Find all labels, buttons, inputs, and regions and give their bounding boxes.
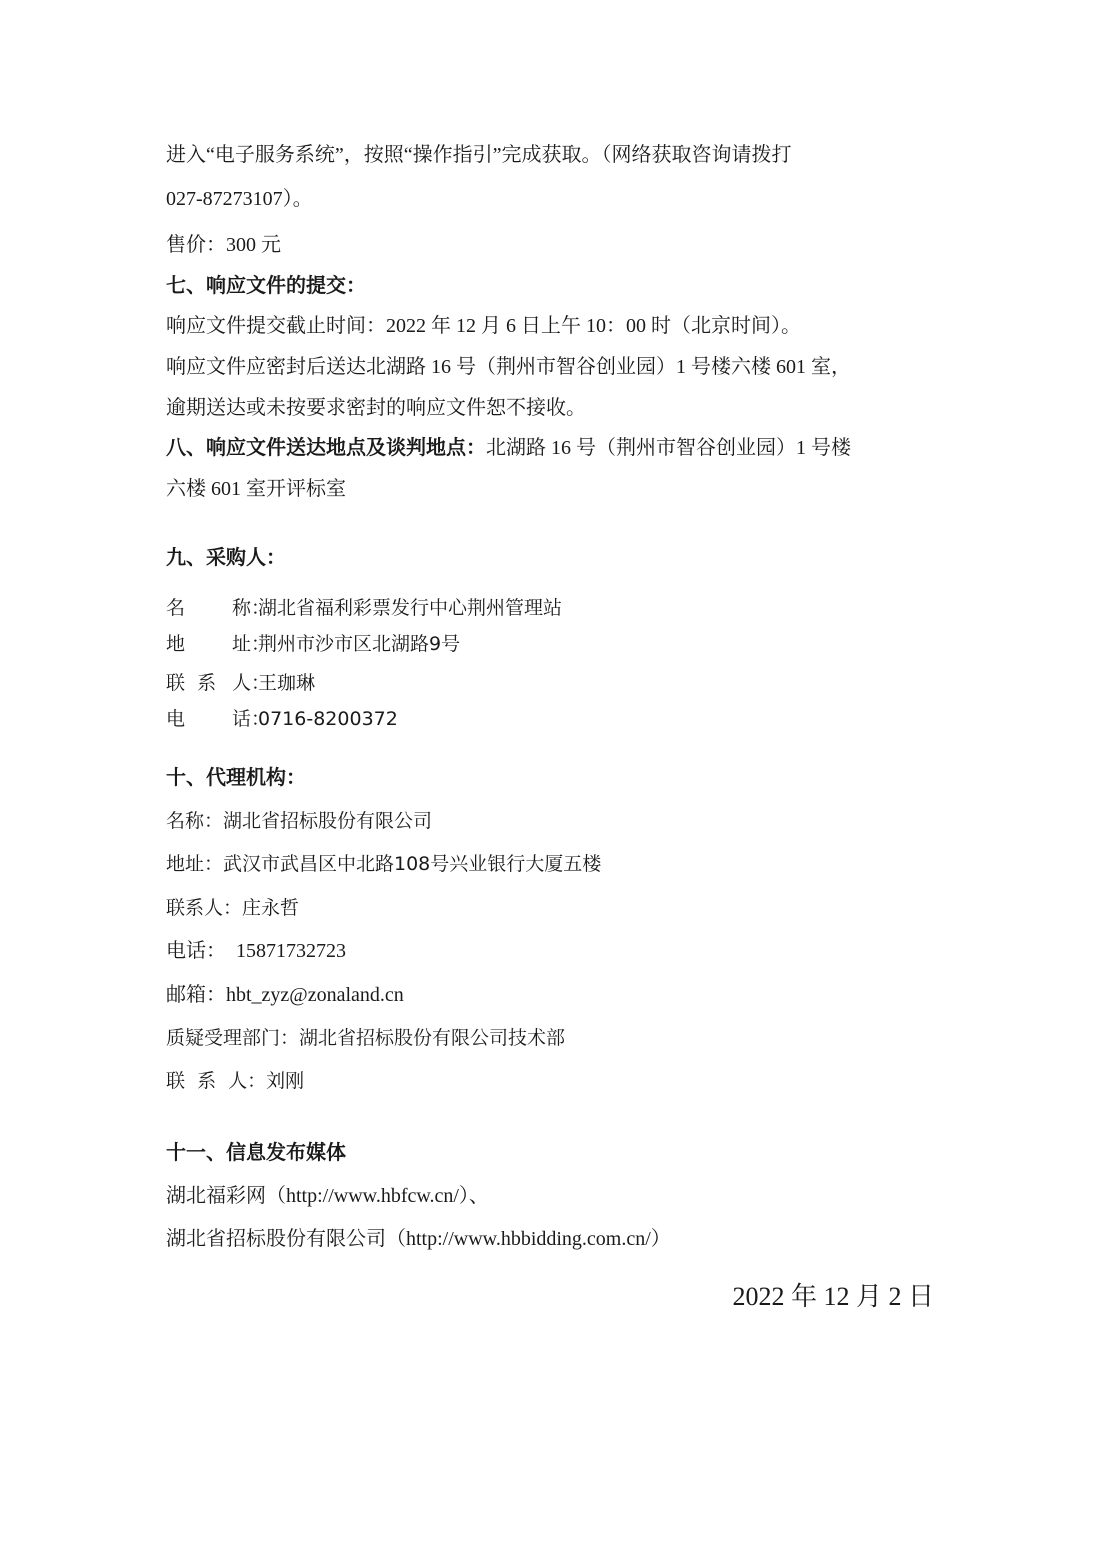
location-text: 六楼 601 室开评标室	[166, 477, 346, 501]
paragraph-text: 进入“电子服务系统”，按照“操作指引”完成获取。（网络获取咨询请拨打	[166, 143, 792, 167]
purchaser-name-row: 名称：湖北省福利彩票发行中心荆州管理站	[166, 596, 562, 620]
section-heading: 十一、信息发布媒体	[166, 1141, 346, 1165]
agency-address: 地址：武汉市武昌区中北路108号兴业银行大厦五楼	[166, 852, 601, 876]
field-label: 联 系	[166, 671, 232, 695]
section-heading: 八、响应文件送达地点及谈判地点：	[166, 437, 486, 459]
price-text: 售价：300 元	[166, 233, 281, 257]
media-link: 湖北省招标股份有限公司（http://www.hbbidding.com.cn/…	[166, 1227, 671, 1251]
purchaser-address-row: 地址：荆州市沙市区北湖路9号	[166, 632, 460, 656]
section8-line: 八、响应文件送达地点及谈判地点：北湖路 16 号（荆州市智谷创业园）1 号楼	[166, 436, 851, 460]
inquiry-department: 质疑受理部门：湖北省招标股份有限公司技术部	[166, 1026, 565, 1050]
section-heading: 九、采购人：	[166, 546, 286, 570]
paragraph-text: 响应文件应密封后送达北湖路 16 号（荆州市智谷创业园）1 号楼六楼 601 室…	[166, 355, 851, 379]
field-label: 电	[166, 707, 232, 731]
agency-name: 名称：湖北省招标股份有限公司	[166, 809, 432, 833]
field-label: 名	[166, 596, 232, 620]
purchaser-phone-row: 电话：0716-8200372	[166, 707, 398, 731]
paragraph-text: 逾期送达或未按要求密封的响应文件恕不接收。	[166, 396, 586, 420]
purchaser-contact-row: 联 系人：王珈琳	[166, 671, 315, 695]
paragraph-text: 027-87273107）。	[166, 187, 313, 211]
agency-phone: 电话： 15871732723	[166, 939, 346, 963]
signature-date: 2022 年 12 月 2 日	[732, 1282, 934, 1312]
inquiry-contact: 联 系 人：刘刚	[166, 1069, 304, 1093]
field-value: 湖北省福利彩票发行中心荆州管理站	[258, 597, 562, 619]
field-value: 王珈琳	[258, 672, 315, 694]
section-heading: 十、代理机构：	[166, 766, 306, 790]
agency-email: 邮箱：hbt_zyz@zonaland.cn	[166, 983, 404, 1007]
deadline-text: 响应文件提交截止时间：2022 年 12 月 6 日上午 10：00 时（北京时…	[166, 314, 801, 338]
field-value: 0716-8200372	[258, 708, 398, 730]
media-link: 湖北福彩网（http://www.hbfcw.cn/）、	[166, 1184, 489, 1208]
section-heading: 七、响应文件的提交：	[166, 274, 366, 298]
field-label: 地	[166, 632, 232, 656]
location-text: 北湖路 16 号（荆州市智谷创业园）1 号楼	[486, 437, 851, 459]
field-value: 荆州市沙市区北湖路9号	[258, 633, 460, 655]
agency-contact: 联系人：庄永哲	[166, 896, 299, 920]
